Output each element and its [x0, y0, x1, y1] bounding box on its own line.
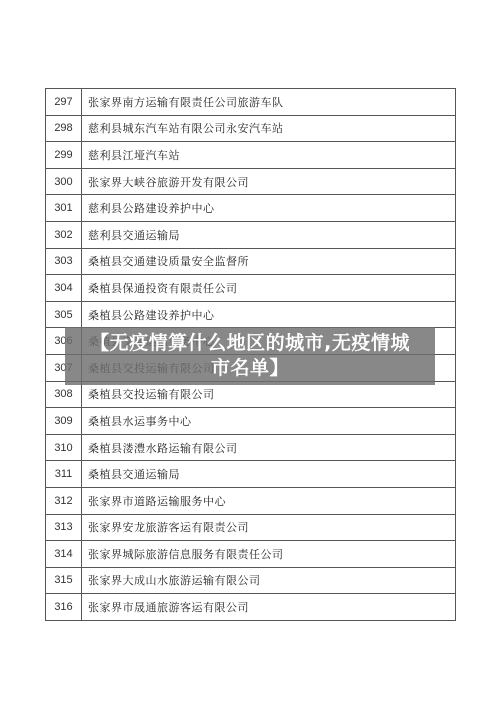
- table-row: 305桑植县公路建设养护中心: [46, 301, 456, 328]
- unit-name: 张家界安龙旅游客运有限责公司: [82, 514, 456, 541]
- unit-name: 慈利县交通运输局: [82, 221, 456, 248]
- table-row: 299慈利县江垭汽车站: [46, 142, 456, 169]
- table-row: 313张家界安龙旅游客运有限责公司: [46, 514, 456, 541]
- unit-name: 慈利县城东汽车站有限公司永安汽车站: [82, 115, 456, 142]
- row-number: 304: [46, 275, 82, 302]
- row-number: 310: [46, 434, 82, 461]
- unit-name: 桑植县交通运输局: [82, 461, 456, 488]
- table-row: 301慈利县公路建设养护中心: [46, 195, 456, 222]
- unit-name: 慈利县江垭汽车站: [82, 142, 456, 169]
- unit-name: 慈利县公路建设养护中心: [82, 195, 456, 222]
- row-number: 312: [46, 487, 82, 514]
- unit-name: 张家界大峡谷旅游开发有限公司: [82, 168, 456, 195]
- unit-name: 桑植县保通投资有限责任公司: [82, 275, 456, 302]
- row-number: 300: [46, 168, 82, 195]
- unit-name: 张家界南方运输有限责任公司旅游车队: [82, 89, 456, 116]
- table-row: 312张家界市道路运输服务中心: [46, 487, 456, 514]
- unit-name: 桑植县公路建设养护中心: [82, 301, 456, 328]
- table-row: 316张家界市晟通旅游客运有限公司: [46, 594, 456, 621]
- table-row: 314张家界城际旅游信息服务有限责任公司: [46, 541, 456, 568]
- unit-name: 张家界大成山水旅游运输有限公司: [82, 567, 456, 594]
- table-row: 298慈利县城东汽车站有限公司永安汽车站: [46, 115, 456, 142]
- table-row: 302慈利县交通运输局: [46, 221, 456, 248]
- unit-name: 张家界市晟通旅游客运有限公司: [82, 594, 456, 621]
- row-number: 298: [46, 115, 82, 142]
- row-number: 299: [46, 142, 82, 169]
- unit-name: 桑植县溇澧水路运输有限公司: [82, 434, 456, 461]
- table-row: 315张家界大成山水旅游运输有限公司: [46, 567, 456, 594]
- table-row: 311桑植县交通运输局: [46, 461, 456, 488]
- table-row: 303桑植县交通建设质量安全监督所: [46, 248, 456, 275]
- row-number: 302: [46, 221, 82, 248]
- row-number: 297: [46, 89, 82, 116]
- table-row: 308桑植县交投运输有限公司: [46, 381, 456, 408]
- overlay-title-line-1: 【无疫情算什么地区的城市,无疫情城: [65, 331, 435, 356]
- unit-name: 桑植县水运事务中心: [82, 408, 456, 435]
- unit-name: 张家界城际旅游信息服务有限责任公司: [82, 541, 456, 568]
- row-number: 313: [46, 514, 82, 541]
- unit-name: 桑植县交投运输有限公司: [82, 381, 456, 408]
- table-row: 300张家界大峡谷旅游开发有限公司: [46, 168, 456, 195]
- row-number: 316: [46, 594, 82, 621]
- overlay-title-line-2: 市名单】: [65, 356, 435, 381]
- row-number: 308: [46, 381, 82, 408]
- row-number: 303: [46, 248, 82, 275]
- row-number: 314: [46, 541, 82, 568]
- row-number: 305: [46, 301, 82, 328]
- table-row: 297张家界南方运输有限责任公司旅游车队: [46, 89, 456, 116]
- row-number: 311: [46, 461, 82, 488]
- row-number: 309: [46, 408, 82, 435]
- table-row: 304桑植县保通投资有限责任公司: [46, 275, 456, 302]
- row-number: 301: [46, 195, 82, 222]
- table-row: 309桑植县水运事务中心: [46, 408, 456, 435]
- row-number: 315: [46, 567, 82, 594]
- unit-name: 张家界市道路运输服务中心: [82, 487, 456, 514]
- title-overlay-banner: 【无疫情算什么地区的城市,无疫情城 市名单】: [65, 327, 435, 385]
- table-row: 310桑植县溇澧水路运输有限公司: [46, 434, 456, 461]
- unit-name: 桑植县交通建设质量安全监督所: [82, 248, 456, 275]
